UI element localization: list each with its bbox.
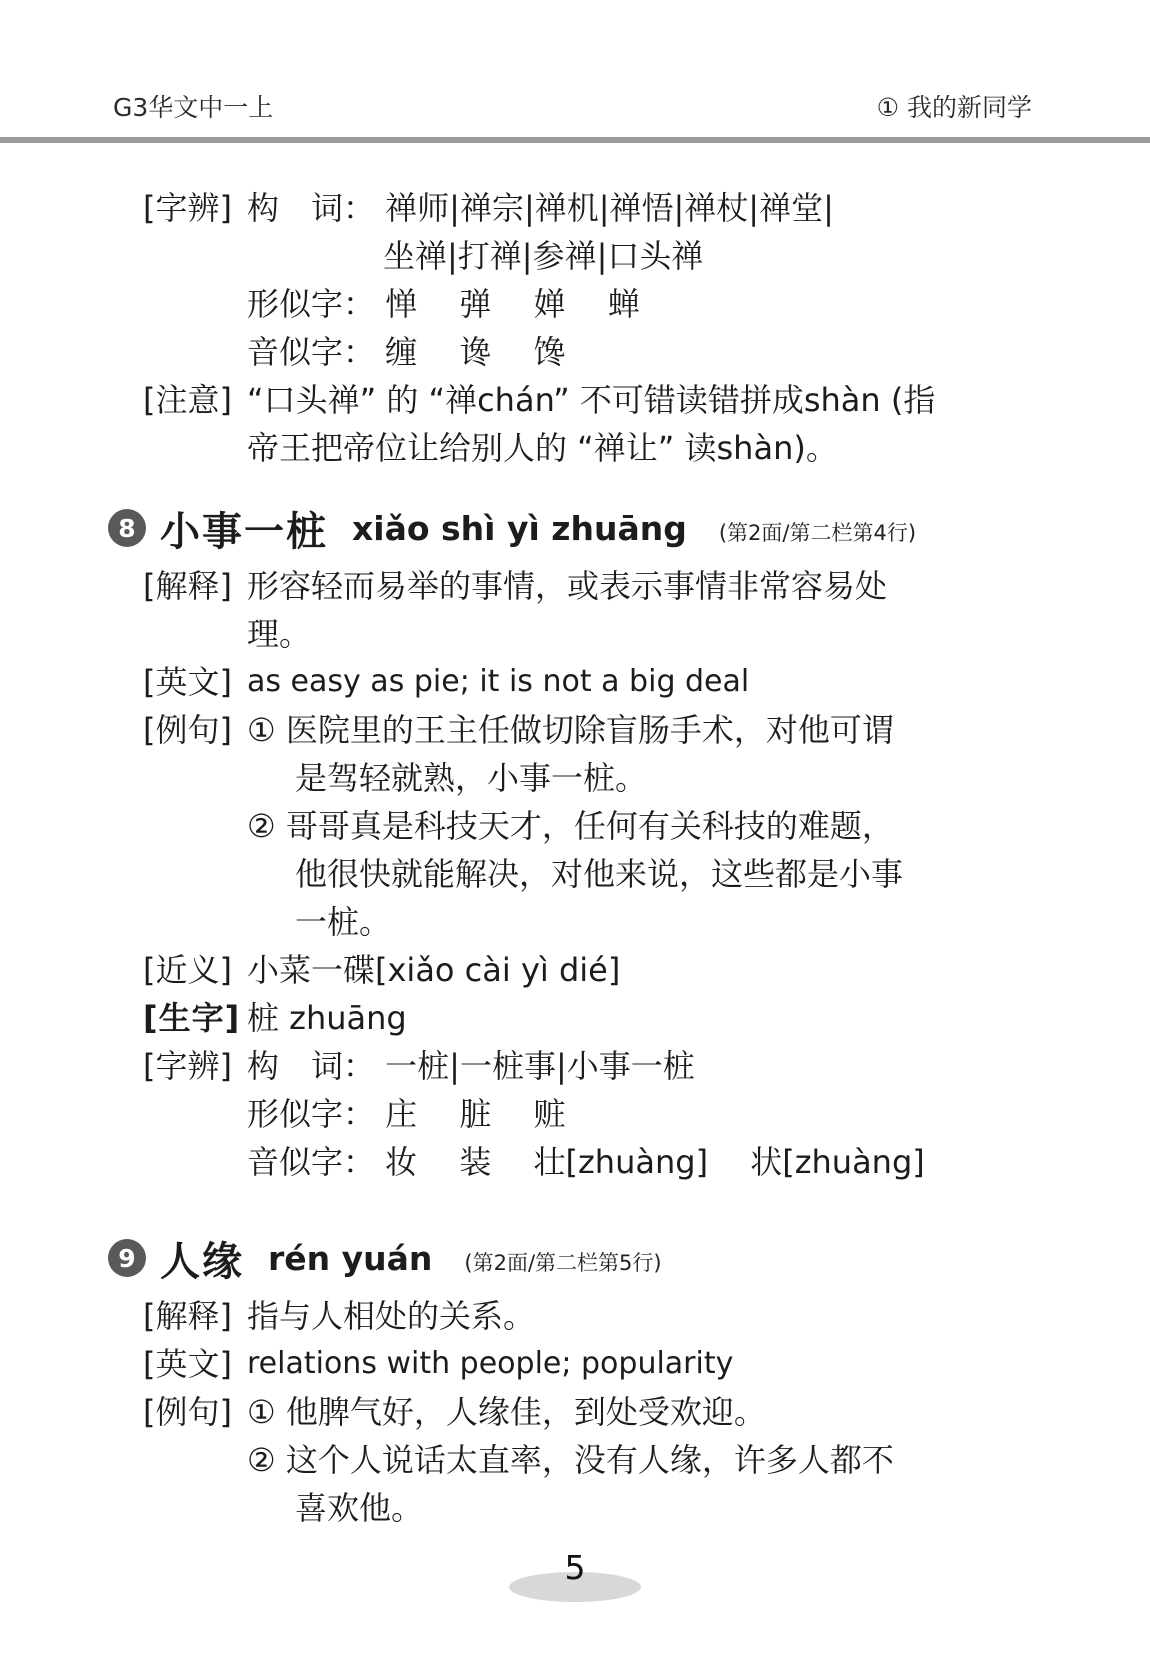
section-label: [例句]: [143, 706, 247, 754]
yinsizi-row: 音似字： 妆 装 壮[zhuàng] 状[zhuàng]: [143, 1138, 1110, 1186]
row-text: 小菜一碟[xiǎo cài yì dié]: [247, 946, 1110, 994]
liju-row-cont: 喜欢他。: [143, 1484, 1110, 1532]
xingsizi-row: 形似字： 庄 脏 赃: [143, 1090, 1110, 1138]
jieshi-row: [解释] 形容轻而易举的事情，或表示事情非常容易处: [143, 562, 1110, 610]
zhuyi-row-cont: 帝王把帝位让给别人的 “禅让” 读shàn)。: [143, 424, 1110, 472]
book-title: G3华文中一上: [113, 88, 273, 124]
row-text: 一桩。: [295, 898, 1110, 946]
row-text: 构 词： 禅师|禅宗|禅机|禅悟|禅杖|禅堂|: [247, 184, 1110, 232]
row-text: 形容轻而易举的事情，或表示事情非常容易处: [247, 562, 1110, 610]
liju-row-cont: 是驾轻就熟，小事一桩。: [143, 754, 1110, 802]
row-text: 他很快就能解决，对他来说，这些都是小事: [295, 850, 1110, 898]
entry-9-heading: 9 人缘 rén yuán (第2面/第二栏第5行): [108, 1232, 1110, 1284]
section-label: [解释]: [143, 562, 247, 610]
row-text: ① 医院里的王主任做切除盲肠手术，对他可谓: [247, 706, 1110, 754]
row-text: 桩 zhuāng: [247, 994, 1110, 1042]
entry-title: 小事一桩: [160, 500, 328, 557]
page-number-wrap: 5: [565, 1548, 586, 1587]
row-text: 帝王把帝位让给别人的 “禅让” 读shàn)。: [247, 424, 1110, 472]
chapter-title: ① 我的新同学: [877, 88, 1032, 124]
row-text: 是驾轻就熟，小事一桩。: [295, 754, 1110, 802]
entry-source-ref: (第2面/第二栏第5行): [464, 1239, 661, 1277]
entry-source-ref: (第2面/第二栏第4行): [719, 509, 916, 547]
row-text: 理。: [247, 610, 1110, 658]
page-body: [字辨] 构 词： 禅师|禅宗|禅机|禅悟|禅杖|禅堂| 坐禅|打禅|参禅|口头…: [143, 184, 1110, 1532]
row-text: 形似字： 庄 脏 赃: [247, 1090, 1110, 1138]
row-text: 坐禅|打禅|参禅|口头禅: [383, 232, 1110, 280]
liju-row: [例句] ① 医院里的王主任做切除盲肠手术，对他可谓: [143, 706, 1110, 754]
section-label: [生字]: [143, 994, 247, 1042]
section-label: [字辨]: [143, 184, 247, 232]
jieshi-row-cont: 理。: [143, 610, 1110, 658]
liju-row: ② 哥哥真是科技天才，任何有关科技的难题，: [143, 802, 1110, 850]
yingwen-row: [英文] relations with people; popularity: [143, 1340, 1110, 1388]
row-text: “口头禅” 的 “禅chán” 不可错读错拼成shàn (指: [247, 376, 1110, 424]
liju-row-cont: 他很快就能解决，对他来说，这些都是小事: [143, 850, 1110, 898]
section-label: [英文]: [143, 1340, 247, 1388]
section-label: [近义]: [143, 946, 247, 994]
entry-title: 人缘: [160, 1230, 244, 1287]
page-number: 5: [565, 1548, 586, 1587]
liju-row-cont: 一桩。: [143, 898, 1110, 946]
row-text: 构 词： 一桩|一桩事|小事一桩: [247, 1042, 1110, 1090]
row-text: 音似字： 缠 谗 馋: [247, 328, 1110, 376]
entry-number-badge: 8: [108, 509, 146, 547]
section-label: [解释]: [143, 1292, 247, 1340]
section-label: [注意]: [143, 376, 247, 424]
entry-pinyin: xiǎo shì yì zhuāng: [352, 509, 687, 548]
row-text: as easy as pie; it is not a big deal: [247, 658, 1110, 706]
header-rule: [0, 137, 1150, 143]
page-footer: 5: [0, 1548, 1150, 1587]
row-text: relations with people; popularity: [247, 1340, 1110, 1388]
section-label: [例句]: [143, 1388, 247, 1436]
entry-pinyin: rén yuán: [268, 1239, 432, 1278]
liju-row: [例句] ① 他脾气好，人缘佳，到处受欢迎。: [143, 1388, 1110, 1436]
row-text: 指与人相处的关系。: [247, 1292, 1110, 1340]
xingsizi-row: 形似字： 惮 弹 婵 蝉: [143, 280, 1110, 328]
zibian-row: [字辨] 构 词： 一桩|一桩事|小事一桩: [143, 1042, 1110, 1090]
liju-row: ② 这个人说话太直率，没有人缘，许多人都不: [143, 1436, 1110, 1484]
row-text: 喜欢他。: [295, 1484, 1110, 1532]
row-text: 形似字： 惮 弹 婵 蝉: [247, 280, 1110, 328]
document-page: G3华文中一上 ① 我的新同学 [字辨] 构 词： 禅师|禅宗|禅机|禅悟|禅杖…: [0, 0, 1150, 1660]
section-label: [英文]: [143, 658, 247, 706]
jieshi-row: [解释] 指与人相处的关系。: [143, 1292, 1110, 1340]
row-text: ① 他脾气好，人缘佳，到处受欢迎。: [247, 1388, 1110, 1436]
row-text: ② 这个人说话太直率，没有人缘，许多人都不: [247, 1436, 1110, 1484]
row-text: ② 哥哥真是科技天才，任何有关科技的难题，: [247, 802, 1110, 850]
zibian-row-cont: 坐禅|打禅|参禅|口头禅: [143, 232, 1110, 280]
entry-8-heading: 8 小事一桩 xiǎo shì yì zhuāng (第2面/第二栏第4行): [108, 502, 1110, 554]
entry-number-badge: 9: [108, 1239, 146, 1277]
section-label: [字辨]: [143, 1042, 247, 1090]
zhuyi-row: [注意] “口头禅” 的 “禅chán” 不可错读错拼成shàn (指: [143, 376, 1110, 424]
zibian-row: [字辨] 构 词： 禅师|禅宗|禅机|禅悟|禅杖|禅堂|: [143, 184, 1110, 232]
jinyi-row: [近义] 小菜一碟[xiǎo cài yì dié]: [143, 946, 1110, 994]
shengzi-row: [生字] 桩 zhuāng: [143, 994, 1110, 1042]
yingwen-row: [英文] as easy as pie; it is not a big dea…: [143, 658, 1110, 706]
yinsizi-row: 音似字： 缠 谗 馋: [143, 328, 1110, 376]
row-text: 音似字： 妆 装 壮[zhuàng] 状[zhuàng]: [247, 1138, 1110, 1186]
